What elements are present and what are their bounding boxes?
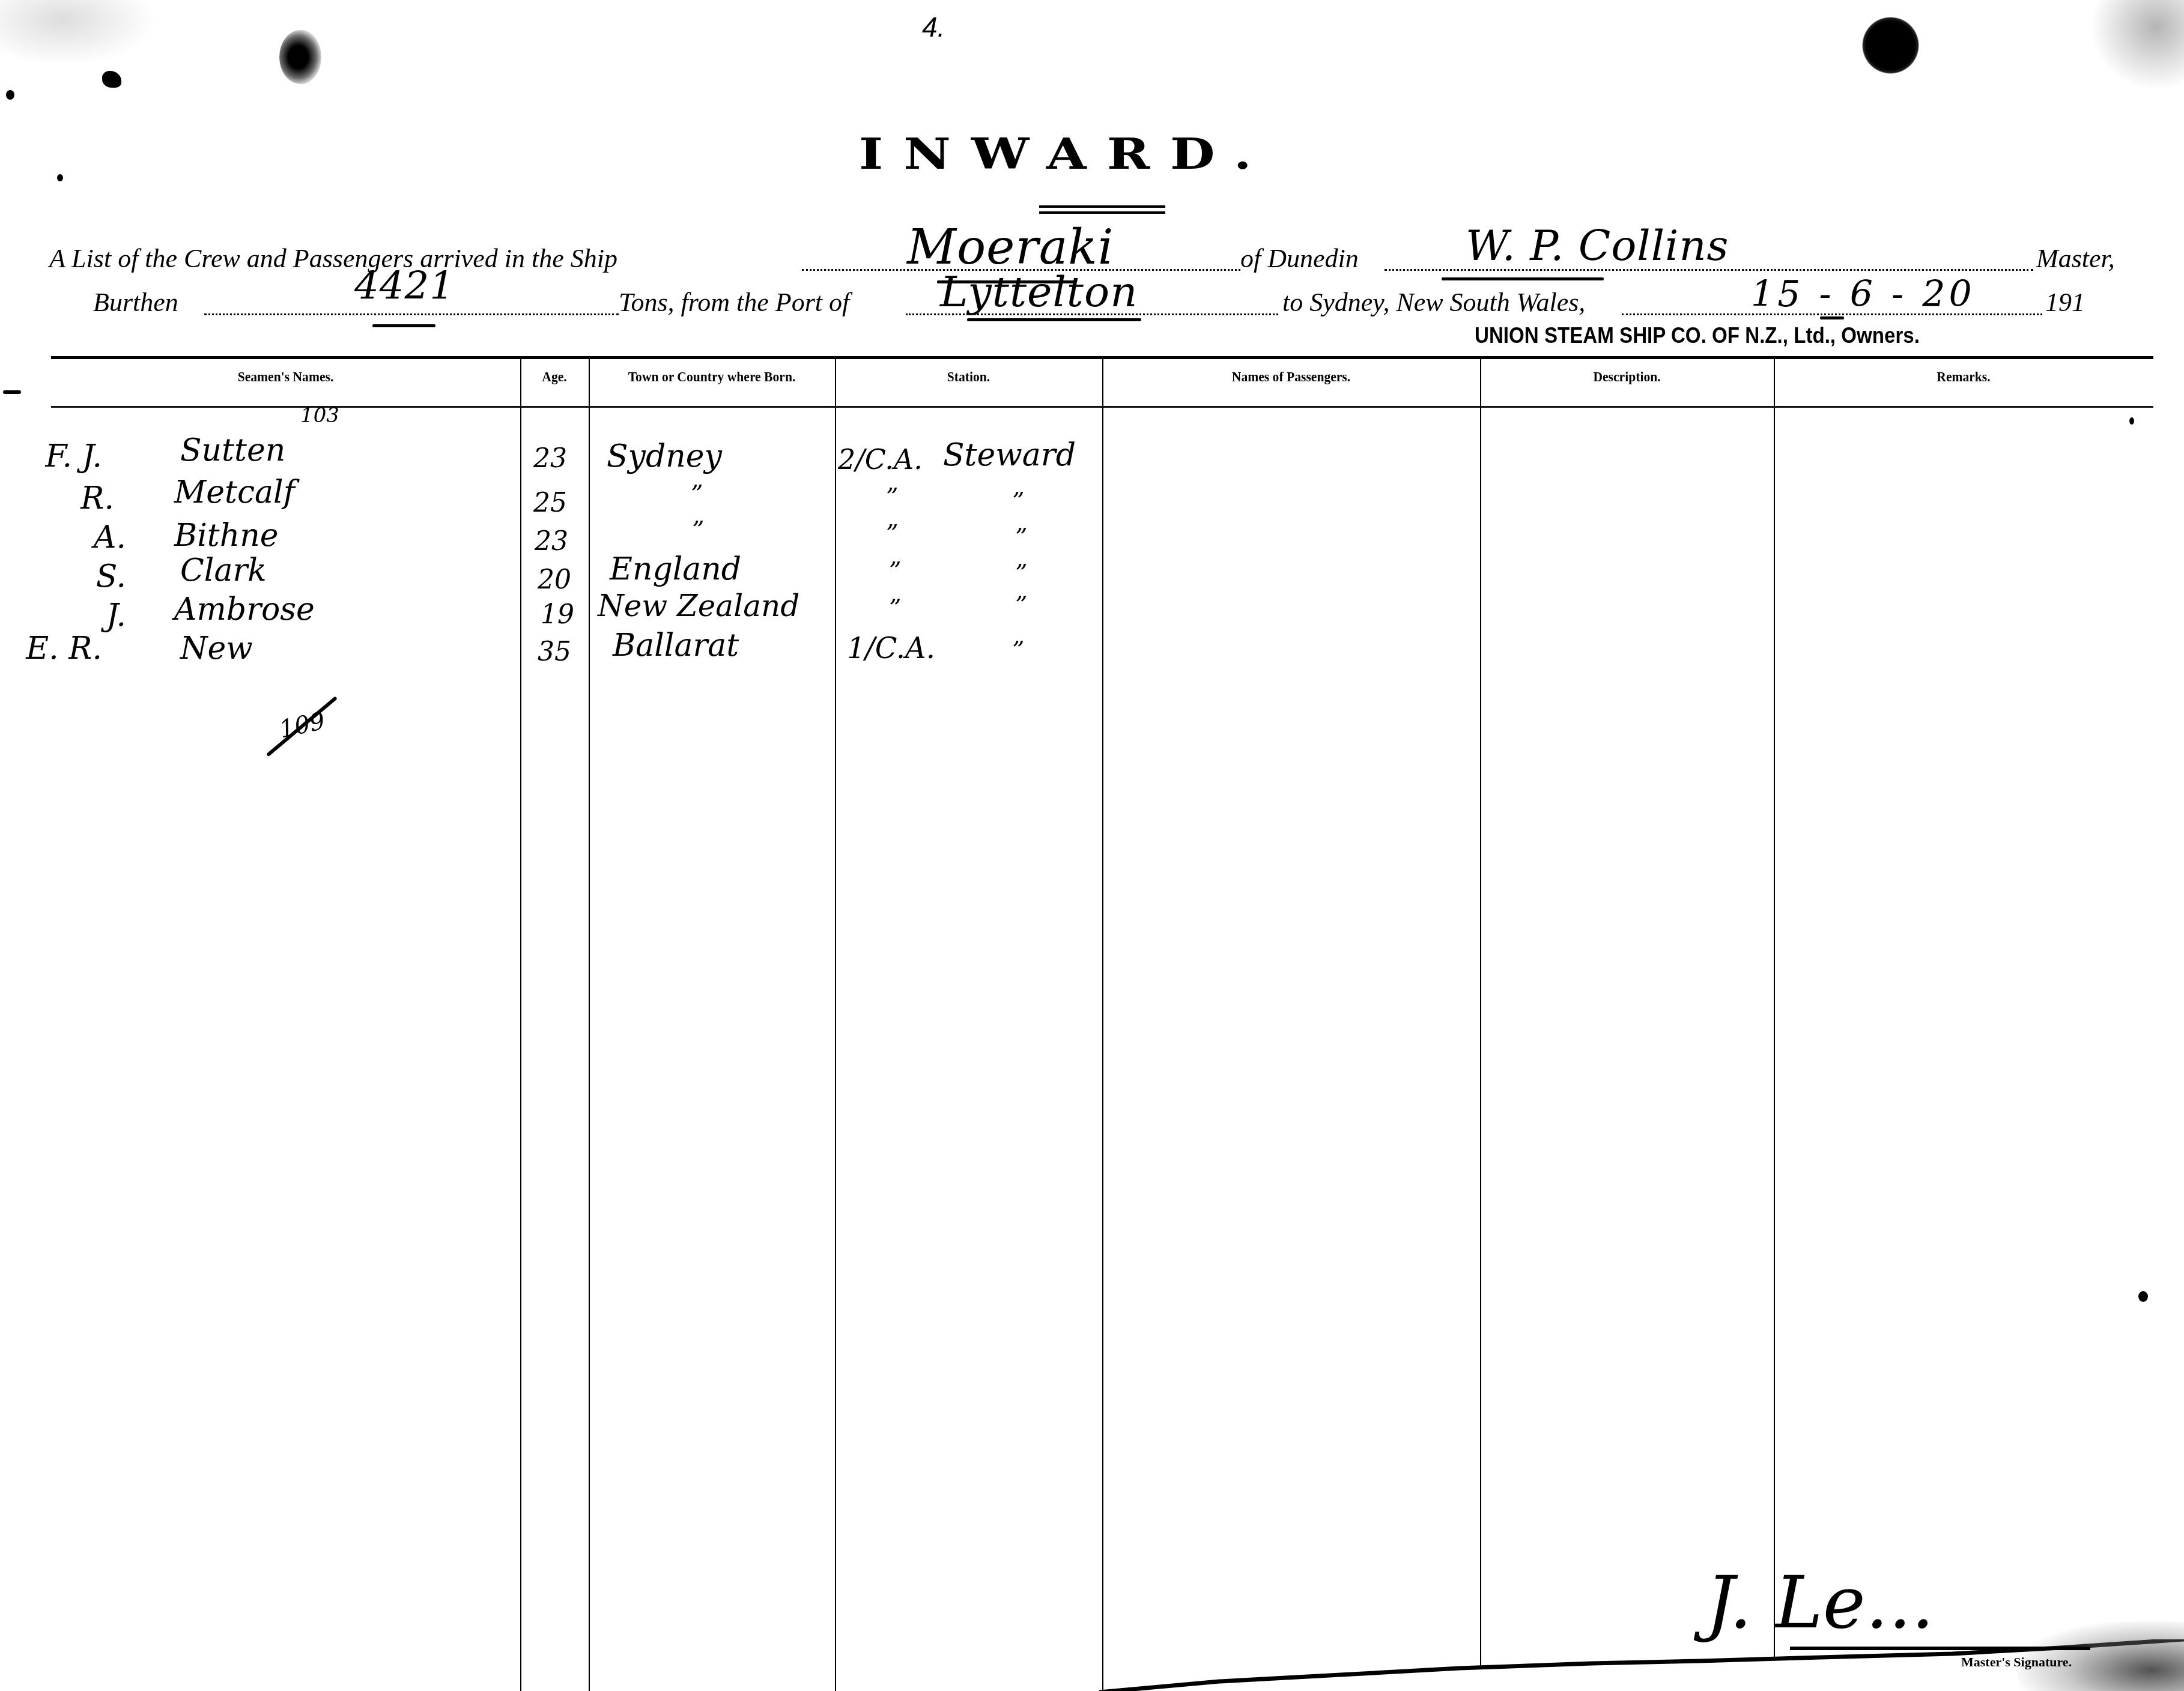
seaman-age: 20 xyxy=(538,564,571,595)
seaman-initials: F. J. xyxy=(0,438,102,474)
ditto-mark: ” xyxy=(1015,591,1027,619)
column-header-passenger-names: Names of Passengers. xyxy=(1121,369,1461,386)
seaman-station-class: 1/C.A. xyxy=(847,632,935,665)
scan-stain xyxy=(2090,0,2184,90)
seaman-age: 35 xyxy=(538,637,571,667)
page-number: 4. xyxy=(922,11,945,43)
burthen-label: Burthen xyxy=(93,287,178,318)
owners-label: UNION STEAM SHIP CO. OF N.Z., Ltd., Owne… xyxy=(1475,323,1920,348)
master-name-underline xyxy=(1442,277,1604,280)
scan-stain xyxy=(0,0,156,66)
of-dunedin-label: of Dunedin xyxy=(1240,243,1359,274)
ink-speck xyxy=(6,90,14,100)
seaman-initials: R. xyxy=(12,480,114,516)
master-label: Master, xyxy=(2036,243,2115,274)
port-underline xyxy=(967,318,1141,321)
ditto-mark: ” xyxy=(1015,560,1027,587)
seaman-initials: J. xyxy=(24,597,126,634)
seaman-surname: Sutten xyxy=(180,432,285,468)
list-prefix-label: A List of the Crew and Passengers arrive… xyxy=(49,243,617,274)
seaman-surname: New xyxy=(180,631,253,667)
master-signature: J. Le... xyxy=(1706,1561,1934,1645)
column-divider xyxy=(1102,359,1103,1691)
column-header-seamens-names: Seamen's Names. xyxy=(74,369,497,386)
column-divider xyxy=(520,359,521,1691)
seaman-age: 25 xyxy=(533,488,567,518)
master-name-value: W. P. Collins xyxy=(1466,221,1729,270)
ditto-mark: ” xyxy=(691,480,703,508)
ink-speck xyxy=(2138,1291,2148,1302)
seaman-station-class: 2/C.A. xyxy=(838,443,923,476)
column-header-description: Description. xyxy=(1494,369,1759,386)
burthen-field-line xyxy=(204,313,619,315)
seaman-initials: S. xyxy=(24,558,126,594)
margin-annotation: 103 xyxy=(300,404,339,428)
ditto-mark: ” xyxy=(886,483,898,511)
date-value: 15 - 6 - 20 xyxy=(1751,273,1976,315)
punch-hole xyxy=(279,30,321,84)
seaman-birthplace: Sydney xyxy=(607,438,722,474)
ditto-mark: ” xyxy=(1015,524,1027,551)
column-divider xyxy=(589,359,590,1691)
seaman-surname: Bithne xyxy=(174,518,279,554)
tons-underline xyxy=(372,324,435,327)
tons-value: 4421 xyxy=(354,264,455,309)
column-header-age: Age. xyxy=(524,369,586,386)
ink-speck xyxy=(3,390,21,394)
seaman-initials: E. R. xyxy=(0,631,102,667)
column-divider xyxy=(1774,359,1775,1691)
ink-speck xyxy=(57,174,63,181)
seaman-surname: Clark xyxy=(180,552,267,588)
title-rule xyxy=(1039,205,1165,208)
signature-line xyxy=(1790,1647,2090,1650)
column-header-birthplace: Town or Country where Born. xyxy=(601,369,823,386)
ditto-mark: ” xyxy=(886,520,898,548)
seaman-surname: Metcalf xyxy=(174,474,295,510)
column-divider xyxy=(1480,359,1481,1691)
seaman-birthplace: England xyxy=(610,551,741,587)
punch-hole xyxy=(1862,17,1919,74)
title-rule xyxy=(1039,211,1165,214)
date-underline xyxy=(1820,316,1844,319)
seaman-birthplace: New Zealand xyxy=(598,588,799,623)
port-value: Lyttelton xyxy=(940,267,1138,316)
ditto-mark: ” xyxy=(889,557,901,585)
destination-label: to Sydney, New South Wales, xyxy=(1282,287,1585,318)
ditto-mark: ” xyxy=(1012,637,1024,664)
tons-from-port-label: Tons, from the Port of xyxy=(619,287,849,318)
seaman-surname: Ambrose xyxy=(174,591,315,628)
seaman-age: 19 xyxy=(541,599,574,630)
page-title: INWARD. xyxy=(859,129,1272,179)
column-divider xyxy=(835,359,836,1691)
ink-speck xyxy=(102,71,121,88)
seaman-age: 23 xyxy=(533,443,567,474)
annotation-slash xyxy=(266,696,338,757)
ink-speck xyxy=(2129,417,2134,425)
year-prefix: 191 xyxy=(2045,287,2085,318)
seaman-initials: A. xyxy=(24,519,126,555)
seaman-station-role: Steward xyxy=(943,437,1076,473)
ditto-mark: ” xyxy=(889,594,901,622)
ditto-mark: ” xyxy=(1012,488,1024,515)
column-header-station: Station. xyxy=(848,369,1089,386)
column-header-remarks: Remarks. xyxy=(1793,369,2135,386)
ditto-mark: ” xyxy=(692,516,704,544)
signature-label: Master's Signature. xyxy=(1961,1654,2072,1670)
seaman-age: 23 xyxy=(535,526,568,557)
seaman-birthplace: Ballarat xyxy=(613,628,739,664)
